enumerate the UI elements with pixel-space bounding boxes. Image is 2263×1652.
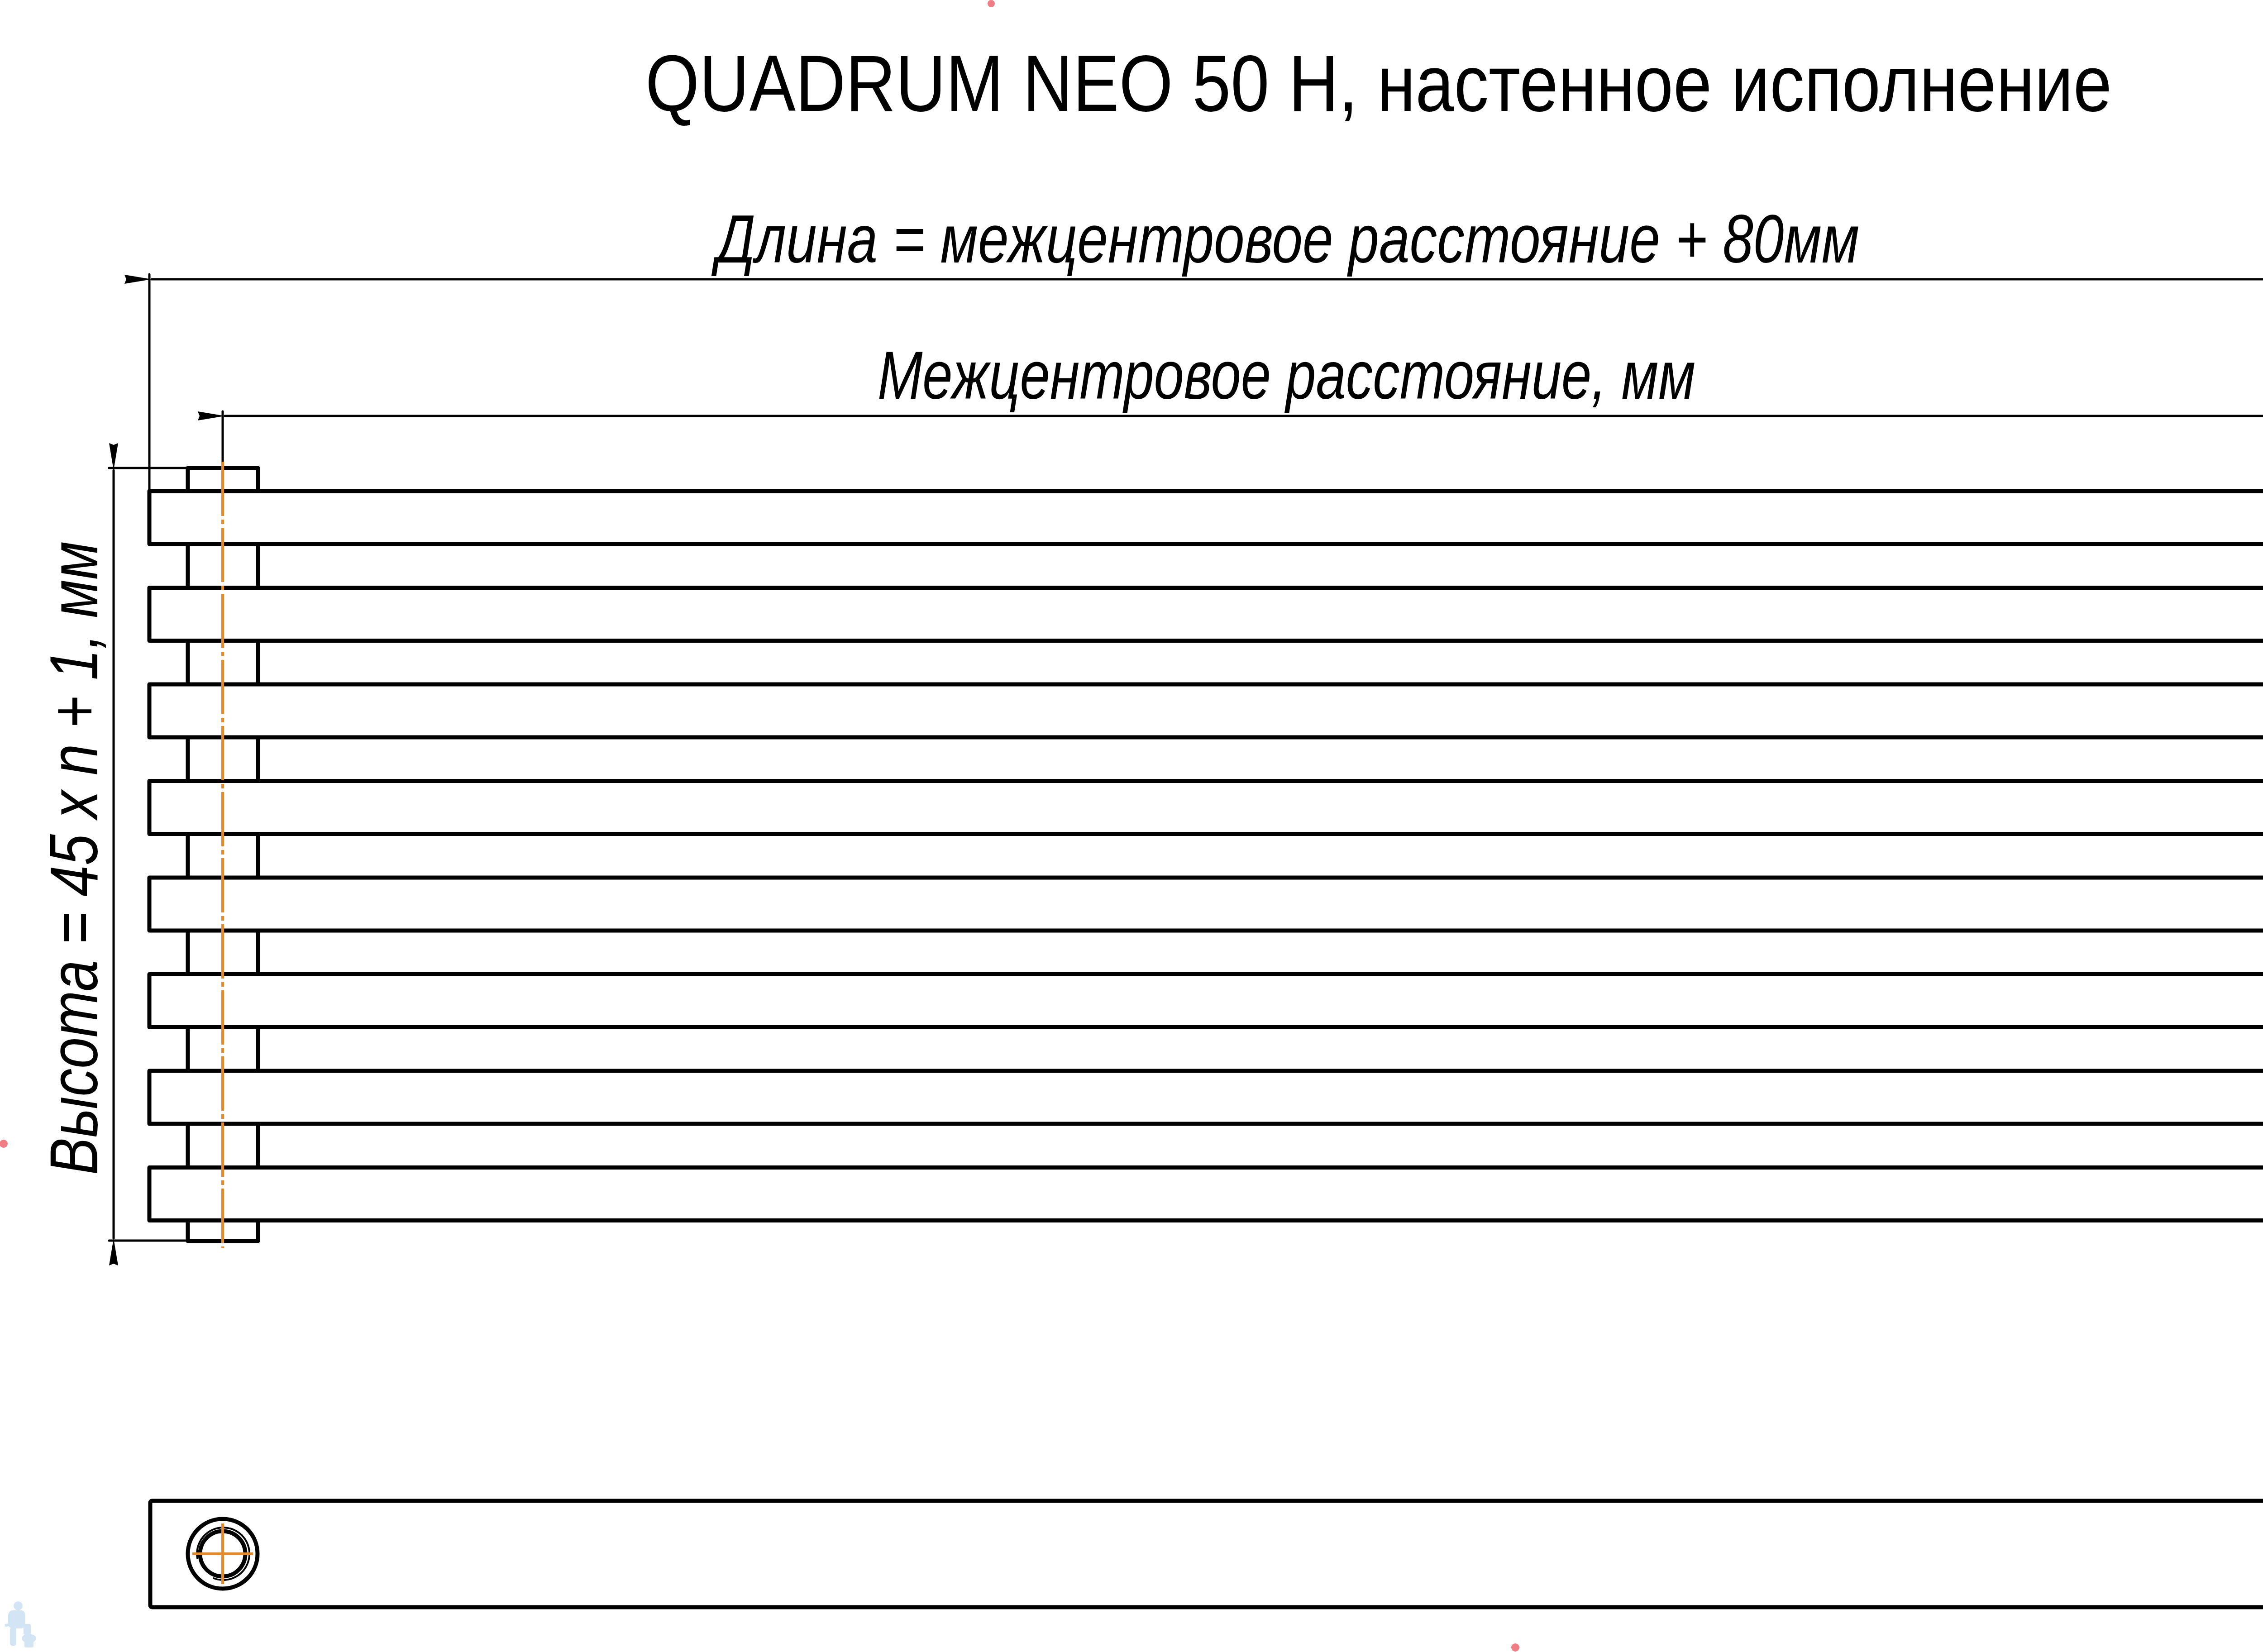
drawing-title: QUADRUM NEO 50 H, настенное исполнение	[645, 39, 2112, 128]
marker-dot	[1511, 1643, 1519, 1652]
marker-dot	[988, 0, 995, 7]
tubes	[149, 491, 2263, 1221]
tube	[149, 781, 2263, 834]
marker-dot	[0, 1140, 8, 1148]
tube	[149, 1071, 2263, 1124]
tube	[149, 878, 2263, 931]
connection-ports	[188, 1519, 2263, 1589]
tube	[149, 684, 2263, 737]
front-view	[149, 462, 2263, 1248]
plumber-icon	[5, 1601, 36, 1647]
overall-length-label: Длина = межцентровое расстояние + 80мм	[711, 201, 1859, 277]
tube	[149, 1168, 2263, 1221]
center-distance-label: Межцентровое расстояние, мм	[878, 337, 1695, 413]
bottom-tube-outline	[150, 1501, 2263, 1607]
tube	[149, 588, 2263, 641]
technical-drawing: QUADRUM NEO 50 H, настенное исполнение Д…	[0, 0, 2263, 1652]
bottom-view	[150, 1501, 2263, 1607]
connection-port	[188, 1519, 258, 1589]
tube	[149, 974, 2263, 1027]
height-label: Высота = 45 x n + 1, мм	[36, 541, 112, 1175]
center-distance-dimension: Межцентровое расстояние, мм	[223, 337, 2263, 468]
tube	[149, 491, 2263, 544]
